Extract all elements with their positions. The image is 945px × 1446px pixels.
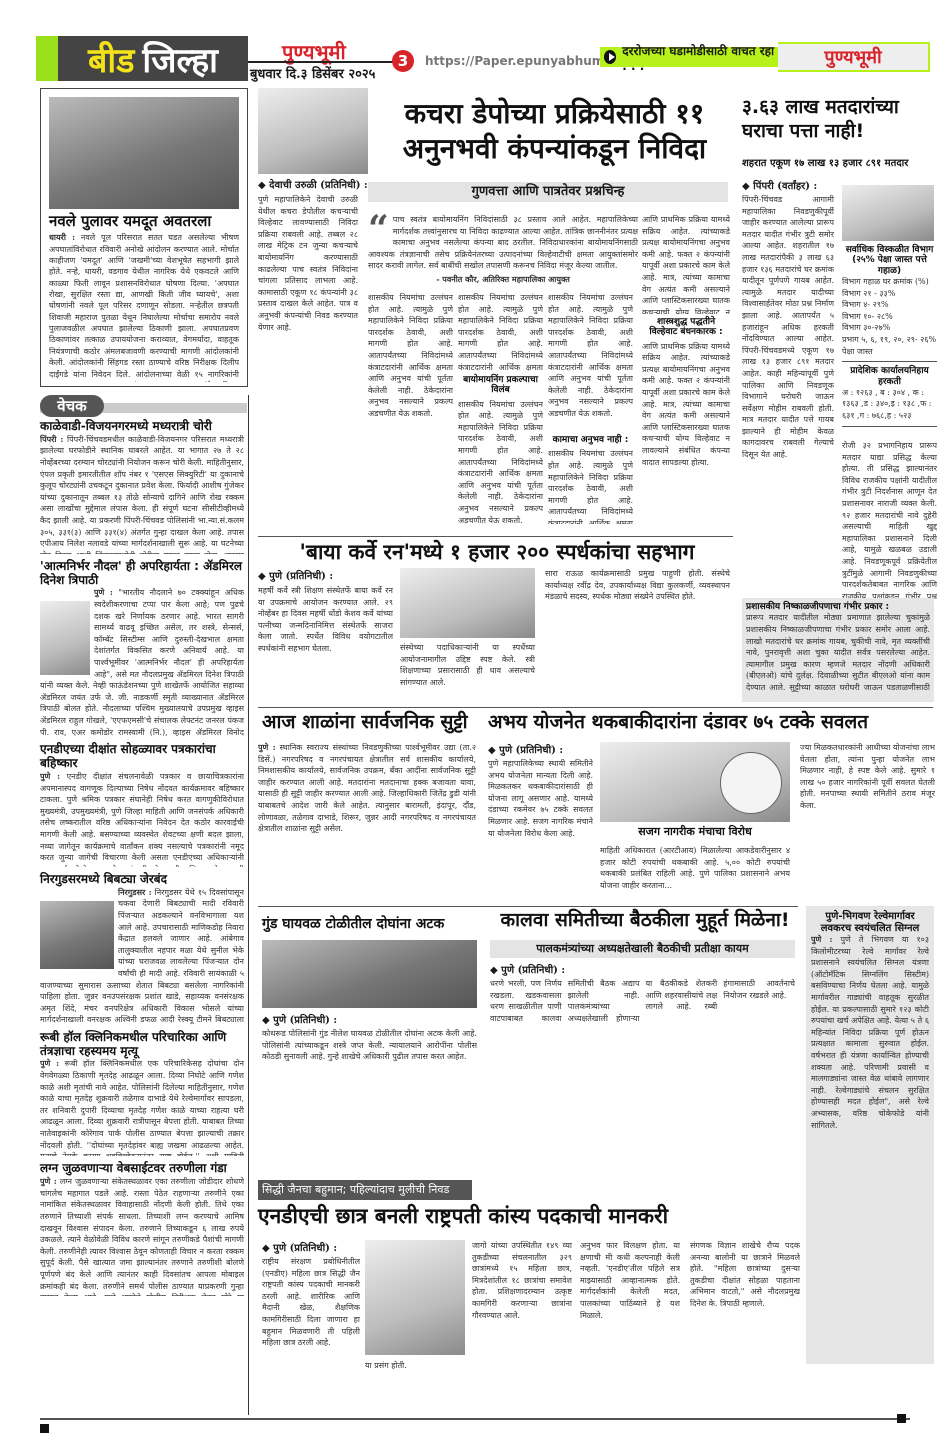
gund-arrest-headline: गुंड घायवळ टोळीतील दोघांना अटक <box>262 916 482 932</box>
story-headline: रूबी हॉल क्लिनिकमधील परिचारिका आणि तंत्र… <box>40 1031 244 1059</box>
sub-heading: कामाचा अनुभव नाही : <box>548 435 633 445</box>
box-line: विभाग ३०-२७% <box>842 322 937 334</box>
promo-banner[interactable]: दररोजच्या घडामोडीसाठी वाचत रहा . . . <box>600 47 778 67</box>
abhay-scheme-headline: अभय योजनेत थकबाकीदारांना दंडावर ७५ टक्के… <box>488 712 938 734</box>
admiral-photo <box>40 601 90 675</box>
kalva-committee-headline: कालवा समितीच्या बैठकीला मुहूर्त मिळेना! <box>490 910 800 932</box>
quote-mark-icon: “ <box>368 214 389 244</box>
story-body: पिंपरी-चिंचवड आगामी महापालिका निवडणुकीपू… <box>742 194 834 614</box>
end-mark-icon <box>897 1414 906 1423</box>
sub-heading: शास्त्रशुद्ध पद्धतीने विल्हेवाट बंधनकारक… <box>642 317 730 338</box>
story-dateline: ◆ पुणे (प्रतिनिधी) : <box>490 962 565 976</box>
story-body: संगणक विज्ञान शाखेचे रौप्य पदक अनन्या बा… <box>690 1240 800 1410</box>
divider <box>842 426 937 427</box>
box-line: विभाग १०- २८% <box>842 311 937 323</box>
box-line: प्रभाग ५, ६, १९, २०, २९- २६% पेक्षा जास्… <box>842 334 937 357</box>
story-body: सारा राऊळ कार्यक्रमासाठी प्रमुख पाहुणी ह… <box>545 568 730 696</box>
box-text: अ : १२६३ , ब : ३०४ , क : १३६३ ,ड : ३४०,इ… <box>842 387 937 422</box>
cadet-photo <box>365 1240 465 1355</box>
story-body: रोजी ३२ प्रभागनिहाय प्रारूप मतदार याद्या… <box>842 440 937 610</box>
column-divider <box>248 395 249 1415</box>
masthead-accent-bar <box>36 36 58 81</box>
story-body: जागो यांच्या उपस्थितीत १४९ व्या तुकडीच्य… <box>472 1240 572 1410</box>
voter-subheadline: शहरात एकूण १७ लाख १३ हजार ८९१ मतदार <box>742 158 942 170</box>
photo-caption: सजग नागरीक मंचाचा विरोध <box>600 826 790 839</box>
box-line: विभाग २१ - ३३% <box>842 288 937 300</box>
nda-headline: एनडीएची छात्र बनली राष्ट्रपती कांस्य पदक… <box>258 1204 803 1228</box>
quote-attribution: - पवनीत कौर, अतिरिक्त महापालिका आयुक्त <box>368 274 638 286</box>
story-body: धरणे भरली, पण निर्णय रखडला. खडकवासला धरण… <box>490 978 795 1168</box>
story-body: पुणे महापालिकेने देवाची उरुळी येथील कचरा… <box>258 194 358 524</box>
vechak-section-tag: वेचक <box>40 395 247 417</box>
story-body-col3: शासकीय नियमांचा उल्लंघन होत आहे. त्यामुळ… <box>548 292 633 524</box>
section-title-part1: बीड <box>88 36 134 82</box>
subheadline-band: पालकमंत्र्यांच्या अध्यक्षतेखाली बैठकीची … <box>490 940 795 958</box>
story-body: शासकीय नियमांचा उल्लंघन होत आहे. त्यामुळ… <box>368 292 453 524</box>
story-body: ज्या मिळकतधारकांनी आधीच्या योजनांचा लाभ … <box>800 742 935 892</box>
story-body: माहिती अधिकारात (आरटीआय) मिळालेल्या आकडे… <box>600 845 790 895</box>
story-body: अनुभव फार विलक्षण होता. या क्षणाची मी कध… <box>580 1240 680 1410</box>
story-body: पुणे : लग्न जुळवणाऱ्या संकेतस्थळावर एका … <box>40 1176 244 1296</box>
story-body: पुणे : स्थानिक स्वराज्य संस्थांच्या निवड… <box>258 742 476 892</box>
section-tag-label: वेचक <box>40 395 104 417</box>
leopard-photo <box>40 901 114 969</box>
story-headline: निरगुडसरमध्ये बिबट्या जेरबंद <box>40 873 244 887</box>
promo-logo: पुण्यभूमी <box>778 42 930 72</box>
story-headline: लग्न जुळवणाऱ्या वेबसाईटवर तरुणीला गंडा <box>40 1162 244 1176</box>
story-body: संस्थेच्या पदाधिकाऱ्यांनी या स्पर्धेच्या… <box>400 642 535 697</box>
story-body: महर्षी कर्वे स्त्री शिक्षण संस्थेतर्फे ब… <box>258 585 393 695</box>
protest-photo <box>49 97 239 209</box>
story-body: निरगुडसर : निरगुडसर येथे १५ दिवसांपासून … <box>40 887 244 1025</box>
corporation-building-photo <box>842 185 934 241</box>
section-title-part2: जिल्हा <box>142 36 218 82</box>
story-headline: 'आत्मनिर्भर नौदल' ही अपरिहार्यता : ॲडमिर… <box>40 560 244 588</box>
quote-text: पाच स्वतंत्र बायोमायनिंग निविदांसाठी ३८ … <box>368 214 638 272</box>
box-line: विभाग गहाळ घर क्रमांक (%) <box>842 276 937 288</box>
money-bag-icon <box>720 752 782 814</box>
box-heading: बायोमायनिंग प्रकल्पाचा विलंब <box>458 375 543 396</box>
story-dateline: ◆ पुणे (प्रतिनिधी) : <box>488 742 563 756</box>
box-title: प्रादेशिक कार्यालयनिहाय हरकती <box>842 366 937 387</box>
story-body: पुणे : रूबी हॉल क्लिनिकमधील एक परिचारिके… <box>40 1058 244 1156</box>
issue-date: बुधवार दि.३ डिसेंबर २०२५ <box>250 64 375 82</box>
story-body: पिंपरी : पिंपरी-चिंचवडमधील काळेवाडी-विजय… <box>40 434 244 554</box>
run-participants-photo <box>400 568 535 638</box>
left-top-story-box: नवले पुलावर यमदूत अवतरला धायरी : नवले पू… <box>40 88 248 387</box>
story-dateline: ◆ पुणे (प्रतिनिधी) : <box>258 568 333 582</box>
main-headline: कचरा डेपोच्या प्रक्रियेसाठी ११ अनुनभवी क… <box>372 96 737 166</box>
story-body: पुणे : "भारतीय नौदलाने ७० टक्क्यांहून अध… <box>40 587 244 737</box>
schools-holiday-headline: आज शाळांना सार्वजनिक सुट्टी <box>262 712 482 734</box>
section-title: बीड जिल्हा <box>58 36 248 81</box>
box-title: प्रशासकीय निष्काळजीपणाचा गंभीर प्रकार : <box>746 602 930 612</box>
story-dateline: ◆ पिंपरी (वर्तांहर) : <box>742 178 817 192</box>
left-column-stories: काळेवाडी-विजयनगरमध्ये मध्यरात्री चोरी पि… <box>40 420 244 1296</box>
box-title: सर्वाधिक विस्कळीत विभाग (२५% पेक्षा जास्… <box>842 245 937 276</box>
story-headline: नवले पुलावर यमदूत अवतरला <box>49 213 239 230</box>
nda-tagline: सिद्धी जैनचा बहुमान; पहिल्यांदाच मुलीची … <box>258 1180 472 1200</box>
photo-caption: या प्रसंग होती. <box>365 1360 465 1372</box>
play-icon <box>604 50 616 64</box>
admin-negligence-box: प्रशासकीय निष्काळजीपणाचा गंभीर प्रकार : … <box>742 598 934 702</box>
section-rule <box>258 536 733 537</box>
voter-headline: ३.६३ लाख मतदारांच्या घराचा पत्ता नाही! <box>742 96 932 144</box>
masthead-rule <box>248 61 398 63</box>
end-mark-icon <box>40 1424 49 1433</box>
story-body-col4: आणि प्राथमिक प्रक्रिया यामध्ये सक्रिय आह… <box>642 214 730 524</box>
municipal-building-photo <box>258 88 368 174</box>
story-body: धायरी : नवले पूल परिसरात सतत घडत असलेल्य… <box>49 232 239 382</box>
story-body: कोथरूड पोलिसांनी गुंड नीलेश घायवळ टोळीती… <box>262 1028 477 1168</box>
story-headline: एनडीएच्या दीक्षांत सोहळ्यावर पत्रकारांचा… <box>40 743 244 771</box>
quote-box: “ पाच स्वतंत्र बायोमायनिंग निविदांसाठी ३… <box>368 214 638 286</box>
box-body: पुणे : पुणे ते भिगवण या १०३ किलोमीटरच्या… <box>811 934 929 1324</box>
box-body: प्रारूप मतदार यादीतील मोठ्या प्रमाणात झा… <box>746 612 930 692</box>
story-body-col2: शासकीय नियमांचा उल्लंघन होत आहे. त्यामुळ… <box>458 292 543 524</box>
subheadline-band: गुणवत्ता आणि पात्रतेवर प्रश्नचिन्ह <box>368 182 728 202</box>
arrested-accused-photo <box>262 940 477 1008</box>
story-dateline: ◆ पुणे (प्रतिनिधी) : <box>262 1012 337 1026</box>
story-body: पुणे : एनडीए दीक्षांत संचलनावेळी पत्रकार… <box>40 771 244 867</box>
railway-signal-box: पुणे-भिगवण रेल्वेमार्गावर लवकरच स्वयंचलि… <box>806 906 934 1364</box>
story-body: राष्ट्रीय संरक्षण प्रबोधिनीतील (एनडीए) म… <box>262 1256 360 1411</box>
page-number-badge: 3 <box>392 50 414 72</box>
epaper-url-link[interactable]: https://Paper.epunyabhumi.in <box>425 54 626 68</box>
box-line: विभाग ४- २९% <box>842 299 937 311</box>
story-headline: काळेवाडी-विजयनगरमध्ये मध्यरात्री चोरी <box>40 420 244 434</box>
divider <box>842 361 937 362</box>
story-dateline: ◆ पुणे (प्रतिनिधी) : <box>262 1240 337 1254</box>
section-rule <box>258 906 798 907</box>
story-dateline: ◆ देवाची उरुळी (प्रतिनिधी) : <box>258 177 368 191</box>
story-body: पुणे महापालिकेच्या स्थायी समितीने अभय यो… <box>488 758 593 888</box>
section-rule <box>258 707 933 708</box>
box-title: पुणे-भिगवण रेल्वेमार्गावर लवकरच स्वयंचलि… <box>811 911 929 934</box>
most-disrupted-wards-box: सर्वाधिक विस्कळीत विभाग (२५% पेक्षा जास्… <box>842 245 937 431</box>
baya-karve-headline: 'बाया कर्वे रन'मध्ये १ हजार २०० स्पर्धका… <box>262 540 732 564</box>
page-end-rule <box>40 1418 910 1420</box>
promo-text: दररोजच्या घडामोडीसाठी वाचत रहा . . . <box>622 42 778 73</box>
